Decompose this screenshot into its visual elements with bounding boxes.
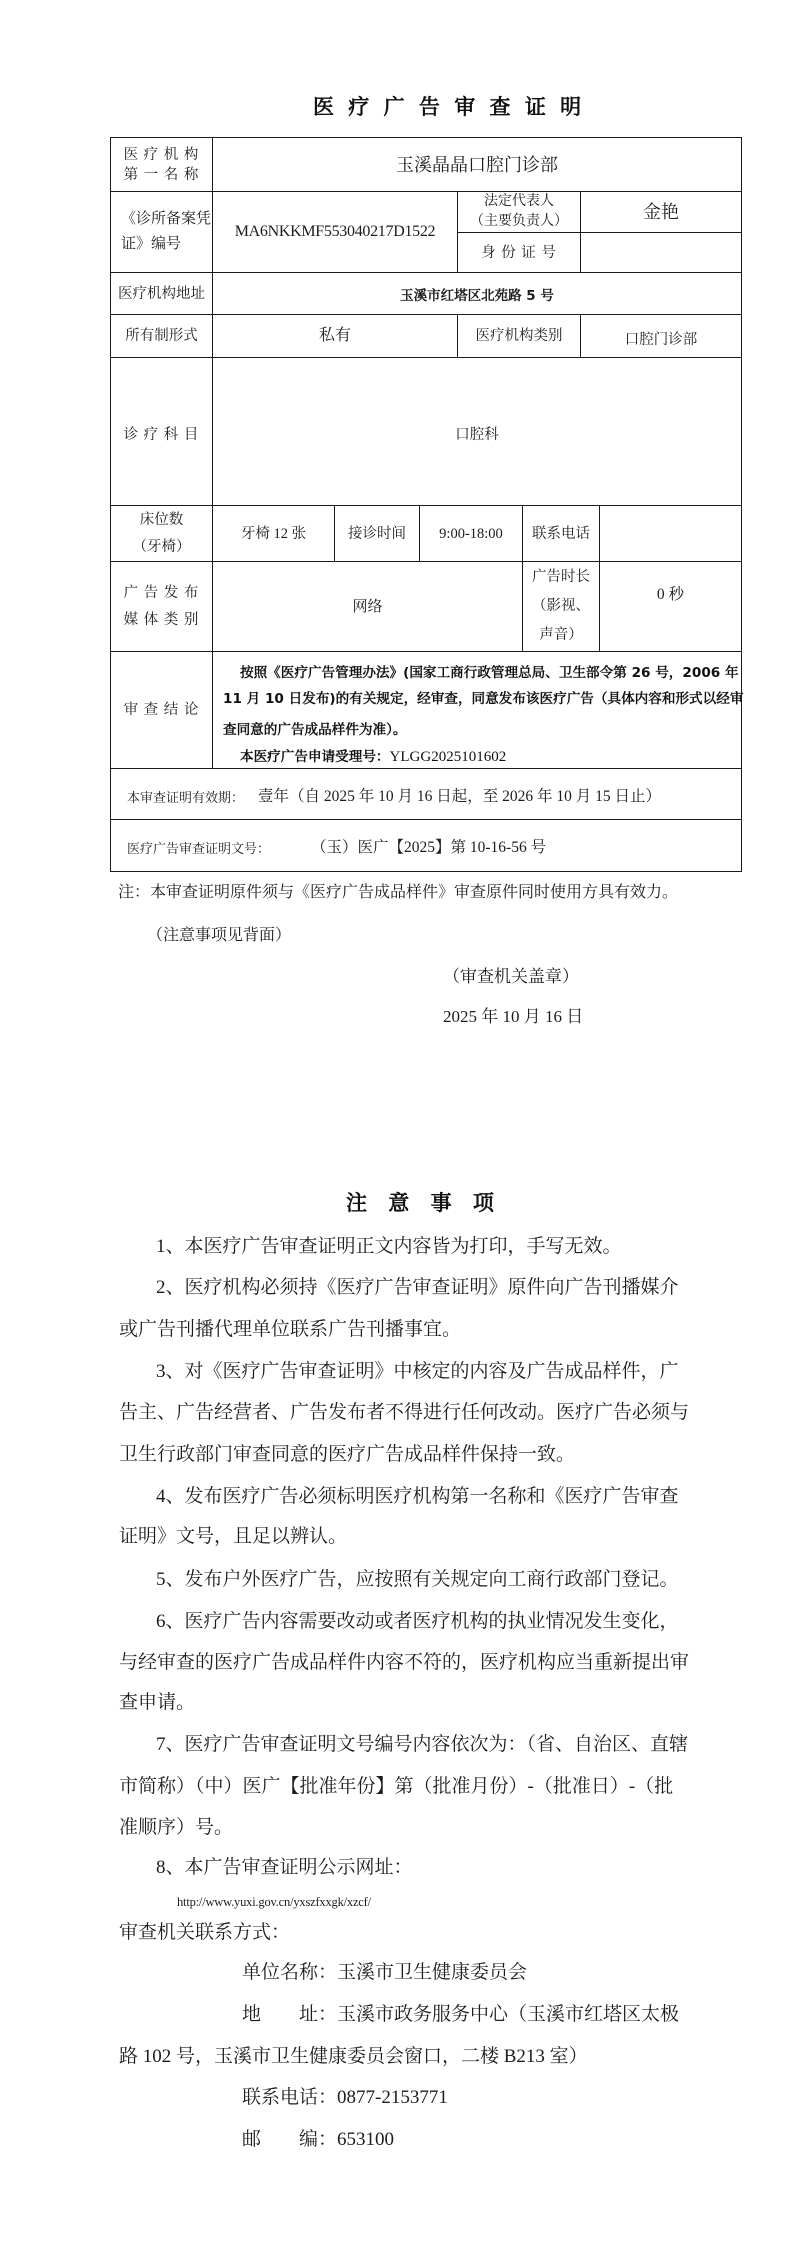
address-value: 玉溪市红塔区北苑路 5 号 xyxy=(400,284,554,304)
departments-value: 口腔科 xyxy=(455,425,499,445)
phone-value-cell xyxy=(600,506,742,562)
conclusion-text-line: 查同意的广告成品样件为准）。 xyxy=(223,721,407,739)
conclusion-label-cell: 审 查 结 论 xyxy=(111,652,213,769)
registration-cert-label: 证》编号 xyxy=(121,232,181,257)
phone-label-cell: 联系电话 xyxy=(523,506,600,562)
hours-value: 9:00-18:00 xyxy=(439,524,503,544)
institution-name-value: 玉溪晶晶口腔门诊部 xyxy=(396,153,558,177)
institution-type-label-cell: 医疗机构类别 xyxy=(458,315,581,358)
institution-type-value-cell: 口腔门诊部 xyxy=(581,315,742,358)
duration-label-cell: 广告时长 （影视、 声音） xyxy=(523,562,600,652)
hours-label-cell: 接诊时间 xyxy=(335,506,420,562)
publication-url-link[interactable]: http://www.yuxi.gov.cn/yxszfxxgk/xzcf/ xyxy=(177,1894,371,1910)
notice-line: 卫生行政部门审查同意的医疗广告成品样件保持一致。 xyxy=(119,1444,575,1466)
notices-title: 注 意 事 项 xyxy=(346,1190,501,1216)
contact-unit: 单位名称：玉溪市卫生健康委员会 xyxy=(242,1962,527,1984)
contact-address: 地 址：玉溪市政务服务中心（玉溪市红塔区太极 xyxy=(242,2004,679,2026)
hours-label: 接诊时间 xyxy=(348,524,406,544)
ownership-label-cell: 所有制形式 xyxy=(111,315,213,358)
media-label-cell: 广 告 发 布 媒 体 类 别 xyxy=(111,562,213,652)
application-number-value: YLGG2025101602 xyxy=(390,749,507,765)
contact-phone: 联系电话：0877-2153771 xyxy=(242,2087,448,2109)
phone-label: 联系电话 xyxy=(532,524,590,544)
media-label: 广 告 发 布 xyxy=(124,580,200,607)
doc-number-label: 医疗广告审查证明文号： xyxy=(127,840,270,858)
application-number-label: 本医疗广告申请受理号： xyxy=(240,749,390,765)
legal-rep-value: 金艳 xyxy=(643,200,679,224)
notice-line: 或广告刊播代理单位联系广告刊播事宜。 xyxy=(119,1319,461,1341)
ownership-value-cell: 私有 xyxy=(213,315,458,358)
validity-value: 壹年（自 2025 年 10 月 16 日起，至 2026 年 10 月 15 … xyxy=(258,787,661,807)
duration-value-cell: 0 秒 xyxy=(600,562,742,652)
media-value-cell: 网络 xyxy=(213,562,523,652)
ownership-value: 私有 xyxy=(319,325,351,347)
departments-value-cell: 口腔科 xyxy=(213,358,742,506)
duration-label: （影视、 xyxy=(532,592,590,621)
duration-label: 声音） xyxy=(539,621,583,650)
beds-value: 牙椅 12 张 xyxy=(241,524,306,544)
document-page: 医 疗 广 告 审 查 证 明 医 疗 机 构 第 一 名 称 玉溪晶晶口腔门诊… xyxy=(0,0,793,2244)
institution-type-value: 口腔门诊部 xyxy=(625,330,698,350)
validity-note: 注：本审查证明原件须与《医疗广告成品样件》审查原件同时使用方具有效力。 xyxy=(118,883,678,903)
notice-line: 准顺序）号。 xyxy=(119,1817,233,1839)
doc-number-value: （玉）医广【2025】第 10-16-56 号 xyxy=(311,838,546,858)
contact-heading: 审查机关联系方式： xyxy=(119,1922,290,1944)
notice-line: 市简称）（中）医广【批准年份】第（批准月份）-（批准日）-（批 xyxy=(119,1776,673,1798)
contact-address-continued: 路 102 号，玉溪市卫生健康委员会窗口，二楼 B213 室） xyxy=(119,2046,588,2068)
notice-line: 查申请。 xyxy=(119,1692,195,1714)
notice-line: 8、本广告审查证明公示网址： xyxy=(156,1857,413,1879)
validity-label: 本审查证明有效期： xyxy=(127,789,244,807)
media-label: 媒 体 类 别 xyxy=(124,607,200,634)
application-number-line: 本医疗广告申请受理号：YLGG2025101602 xyxy=(240,748,506,766)
legal-rep-value-cell: 金艳 xyxy=(581,192,742,233)
registration-cert-value-cell: MA6NKKMF553040217D1522 xyxy=(213,192,458,273)
legal-rep-label: （主要负责人） xyxy=(470,212,568,232)
address-value-cell: 玉溪市红塔区北苑路 5 号 xyxy=(213,273,742,315)
beds-label: （牙椅） xyxy=(133,534,191,561)
notice-line: 与经审查的医疗广告成品样件内容不符的，医疗机构应当重新提出审 xyxy=(119,1652,689,1674)
id-number-label: 身 份 证 号 xyxy=(481,243,557,263)
issue-date: 2025 年 10 月 16 日 xyxy=(443,1006,583,1028)
duration-value: 0 秒 xyxy=(657,585,684,605)
institution-name-value-cell: 玉溪晶晶口腔门诊部 xyxy=(213,138,742,192)
document-title: 医 疗 广 告 审 查 证 明 xyxy=(313,94,585,120)
notice-line: 5、发布户外医疗广告，应按照有关规定向工商行政部门登记。 xyxy=(156,1569,679,1591)
id-number-value-cell xyxy=(581,233,742,273)
see-back-note: （注意事项见背面） xyxy=(147,926,291,946)
notice-line: 6、医疗广告内容需要改动或者医疗机构的执业情况发生变化， xyxy=(156,1611,679,1633)
conclusion-text-line: 11 月 10 日发布)的有关规定，经审查，同意发布该医疗广告（具体内容和形式以… xyxy=(223,690,743,708)
beds-label-cell: 床位数 （牙椅） xyxy=(111,506,213,562)
notice-line: 7、医疗广告审查证明文号编号内容依次为：（省、自治区、直辖 xyxy=(156,1734,688,1756)
seal-placeholder: （审查机关盖章） xyxy=(443,966,579,988)
legal-rep-label: 法定代表人 xyxy=(484,192,554,212)
departments-label: 诊 疗 科 目 xyxy=(124,425,200,445)
institution-name-label-cell: 医 疗 机 构 第 一 名 称 xyxy=(111,138,213,192)
institution-name-label: 医 疗 机 构 xyxy=(124,145,200,165)
notice-line: 告主、广告经营者、广告发布者不得进行任何改动。医疗广告必须与 xyxy=(119,1402,689,1424)
departments-label-cell: 诊 疗 科 目 xyxy=(111,358,213,506)
media-value: 网络 xyxy=(352,597,382,617)
registration-cert-label: 《诊所备案凭 xyxy=(121,207,211,232)
id-number-label-cell: 身 份 证 号 xyxy=(458,233,581,273)
conclusion-text-line: 按照《医疗广告管理办法》(国家工商行政管理总局、卫生部令第 26 号，2006 … xyxy=(240,664,739,682)
address-label-cell: 医疗机构地址 xyxy=(111,273,213,315)
doc-number-cell: 医疗广告审查证明文号： （玉）医广【2025】第 10-16-56 号 xyxy=(111,820,742,872)
duration-label: 广告时长 xyxy=(532,563,590,592)
notice-line: 证明》文号，且足以辨认。 xyxy=(119,1526,347,1548)
validity-cell: 本审查证明有效期： 壹年（自 2025 年 10 月 16 日起，至 2026 … xyxy=(111,769,742,820)
institution-name-label: 第 一 名 称 xyxy=(124,165,200,185)
registration-cert-value: MA6NKKMF553040217D1522 xyxy=(235,223,436,241)
beds-value-cell: 牙椅 12 张 xyxy=(213,506,335,562)
notice-line: 1、本医疗广告审查证明正文内容皆为打印，手写无效。 xyxy=(156,1236,622,1258)
beds-label: 床位数 xyxy=(140,507,184,534)
conclusion-cell: 按照《医疗广告管理办法》(国家工商行政管理总局、卫生部令第 26 号，2006 … xyxy=(213,652,742,769)
institution-type-label: 医疗机构类别 xyxy=(476,326,563,346)
ownership-label: 所有制形式 xyxy=(125,326,198,346)
hours-value-cell: 9:00-18:00 xyxy=(420,506,523,562)
certificate-table: 医 疗 机 构 第 一 名 称 玉溪晶晶口腔门诊部 《诊所备案凭 证》编号 MA… xyxy=(110,137,742,872)
conclusion-label: 审 查 结 论 xyxy=(124,700,200,720)
notice-line: 2、医疗机构必须持《医疗广告审查证明》原件向广告刊播媒介 xyxy=(156,1277,679,1299)
registration-cert-label-cell: 《诊所备案凭 证》编号 xyxy=(111,192,213,273)
notice-line: 4、发布医疗广告必须标明医疗机构第一名称和《医疗广告审查 xyxy=(156,1486,679,1508)
address-label: 医疗机构地址 xyxy=(118,284,205,304)
contact-postcode: 邮 编：653100 xyxy=(242,2129,394,2151)
legal-rep-label-cell: 法定代表人 （主要负责人） xyxy=(458,192,581,233)
notice-line: 3、对《医疗广告审查证明》中核定的内容及广告成品样件，广 xyxy=(156,1361,679,1383)
